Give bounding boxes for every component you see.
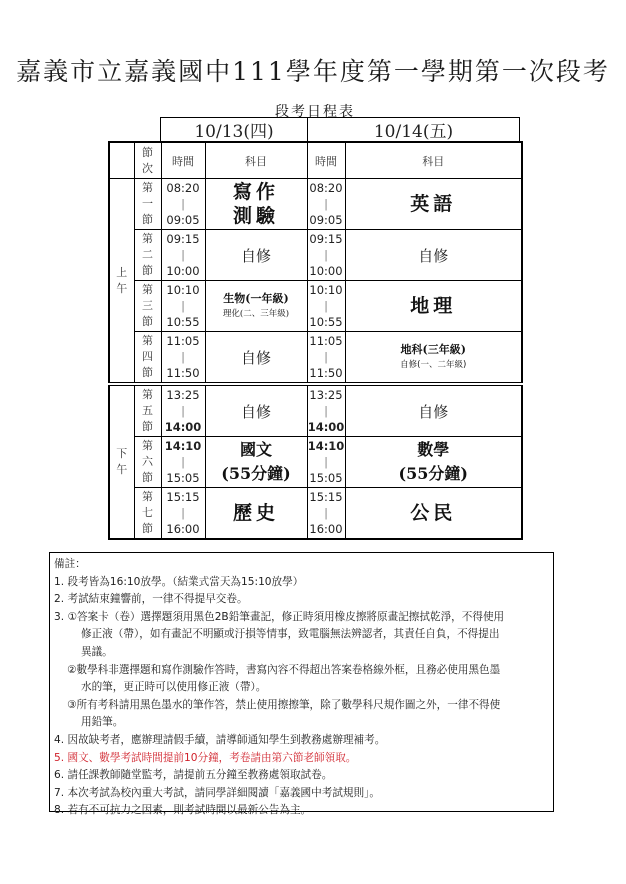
time-cell-day-2: 14:10|15:05 <box>307 437 345 488</box>
session-header <box>109 142 134 179</box>
date-day-1: 10/13(四) <box>161 118 308 141</box>
start-time: 09:15 <box>162 231 205 247</box>
subject-label: 生物(一年級) <box>206 291 307 307</box>
subject-cell-day-2: 地理 <box>345 281 522 332</box>
table-row: 上午第一節08:20|09:05寫作測驗08:20|09:05英語 <box>109 179 522 230</box>
time-cell-day-1: 13:25|14:00 <box>161 384 205 437</box>
subject-cell-day-1: 生物(一年級)理化(二、三年級) <box>205 281 307 332</box>
start-time: 11:05 <box>162 333 205 349</box>
start-time: 15:15 <box>308 489 345 505</box>
period-label: 第五節 <box>134 384 161 437</box>
end-time: 11:50 <box>162 365 205 381</box>
subject-header-day-2: 科目 <box>345 142 522 179</box>
time-cell-day-1: 09:15|10:00 <box>161 230 205 281</box>
table-row: 第四節11:05|11:50自修11:05|11:50地科(三年級)自修(一、二… <box>109 332 522 385</box>
subject-label: 自修 <box>206 245 307 266</box>
subject-label: 自修 <box>346 401 522 422</box>
subject-label: 國文 <box>206 438 307 462</box>
table-header-row: 節次 時間 科目 時間 科目 <box>109 142 522 179</box>
notes-heading: 備註： <box>54 556 549 574</box>
subject-label: 自修 <box>346 245 522 266</box>
end-time: 16:00 <box>308 521 345 537</box>
end-time: 09:05 <box>308 212 345 228</box>
subject-cell-day-2: 自修 <box>345 230 522 281</box>
start-time: 14:10 <box>162 438 205 454</box>
note-line: 修正液（帶），如有畫記不明顯或汙損等情事，致電腦無法辨認者，其責任自負，不得提出 <box>54 626 549 644</box>
time-separator: | <box>308 196 345 212</box>
note-line: 7. 本次考試為校內重大考試，請同學詳細閱讀「嘉義國中考試規則」。 <box>54 785 549 803</box>
time-separator: | <box>308 247 345 263</box>
period-label: 第四節 <box>134 332 161 385</box>
start-time: 09:15 <box>308 231 345 247</box>
period-label: 第二節 <box>134 230 161 281</box>
start-time: 13:25 <box>308 387 345 403</box>
session-afternoon: 下午 <box>109 384 134 539</box>
subject-cell-day-1: 自修 <box>205 230 307 281</box>
subject-cell-day-2: 數學(55分鐘) <box>345 437 522 488</box>
notes-box: 備註： 1. 段考皆為16:10放學。（結業式當天為15:10放學）2. 考試結… <box>49 552 554 812</box>
subject-label: 地理 <box>346 294 522 318</box>
end-time: 11:50 <box>308 365 345 381</box>
subject-label: 自修 <box>206 347 307 368</box>
end-time: 14:00 <box>162 419 205 435</box>
end-time: 09:05 <box>162 212 205 228</box>
end-time: 10:00 <box>308 263 345 279</box>
time-header-day-2: 時間 <box>307 142 345 179</box>
note-line: 5. 國文、數學考試時間提前10分鐘，考卷請由第六節老師領取。 <box>54 750 549 768</box>
end-time: 10:55 <box>308 314 345 330</box>
subject-label: 測驗 <box>206 204 307 228</box>
subject-label: (55分鐘) <box>346 462 522 486</box>
subject-label: 英語 <box>346 192 522 216</box>
period-label: 第七節 <box>134 488 161 540</box>
subject-label: 地科(三年級) <box>346 342 522 358</box>
subject-cell-day-1: 國文(55分鐘) <box>205 437 307 488</box>
subject-cell-day-2: 自修 <box>345 384 522 437</box>
subject-cell-day-2: 地科(三年級)自修(一、二年級) <box>345 332 522 385</box>
note-line: 用鉛筆。 <box>54 714 549 732</box>
subject-cell-day-1: 寫作測驗 <box>205 179 307 230</box>
start-time: 11:05 <box>308 333 345 349</box>
start-time: 10:10 <box>162 282 205 298</box>
end-time: 15:05 <box>308 470 345 486</box>
subject-label: 歷史 <box>206 501 307 525</box>
start-time: 08:20 <box>162 180 205 196</box>
table-row: 第七節15:15|16:00歷史15:15|16:00公民 <box>109 488 522 540</box>
time-cell-day-2: 10:10|10:55 <box>307 281 345 332</box>
subject-label: 自修(一、二年級) <box>346 358 522 372</box>
time-cell-day-2: 11:05|11:50 <box>307 332 345 385</box>
note-line: 8. 若有不可抗力之因素，則考試時間以最新公告為主。 <box>54 802 549 820</box>
note-line: ③所有考科請用黑色墨水的筆作答，禁止使用擦擦筆，除了數學科尺規作圖之外，一律不得… <box>54 697 549 715</box>
subject-cell-day-1: 自修 <box>205 384 307 437</box>
start-time: 08:20 <box>308 180 345 196</box>
time-cell-day-2: 15:15|16:00 <box>307 488 345 540</box>
end-time: 14:00 <box>308 419 345 435</box>
end-time: 10:00 <box>162 263 205 279</box>
time-separator: | <box>308 454 345 470</box>
session-morning: 上午 <box>109 179 134 385</box>
time-separator: | <box>162 505 205 521</box>
subject-label: 理化(二、三年級) <box>206 307 307 321</box>
time-cell-day-1: 08:20|09:05 <box>161 179 205 230</box>
note-line: 水的筆，更正時可以使用修正液（帶）。 <box>54 679 549 697</box>
time-separator: | <box>162 298 205 314</box>
period-header: 節次 <box>134 142 161 179</box>
time-separator: | <box>308 349 345 365</box>
subject-header-day-1: 科目 <box>205 142 307 179</box>
table-row: 第三節10:10|10:55生物(一年級)理化(二、三年級)10:10|10:5… <box>109 281 522 332</box>
period-label: 第六節 <box>134 437 161 488</box>
time-separator: | <box>308 403 345 419</box>
note-line: 1. 段考皆為16:10放學。（結業式當天為15:10放學） <box>54 574 549 592</box>
subject-label: 公民 <box>346 501 522 525</box>
time-cell-day-2: 09:15|10:00 <box>307 230 345 281</box>
start-time: 13:25 <box>162 387 205 403</box>
time-separator: | <box>308 298 345 314</box>
time-cell-day-1: 10:10|10:55 <box>161 281 205 332</box>
time-cell-day-1: 15:15|16:00 <box>161 488 205 540</box>
exam-schedule-table: 節次 時間 科目 時間 科目 上午第一節08:20|09:05寫作測驗08:20… <box>108 141 523 540</box>
page-title: 嘉義市立嘉義國中111學年度第一學期第一次段考 <box>0 52 626 88</box>
subject-cell-day-2: 英語 <box>345 179 522 230</box>
time-header-day-1: 時間 <box>161 142 205 179</box>
time-separator: | <box>308 505 345 521</box>
note-line: 4. 因故缺考者，應辦理請假手續，請導師通知學生到教務處辦理補考。 <box>54 732 549 750</box>
time-separator: | <box>162 349 205 365</box>
end-time: 15:05 <box>162 470 205 486</box>
subject-cell-day-1: 歷史 <box>205 488 307 540</box>
time-cell-day-2: 13:25|14:00 <box>307 384 345 437</box>
note-line: 2. 考試結束鐘響前，一律不得提早交卷。 <box>54 591 549 609</box>
table-row: 第六節14:10|15:05國文(55分鐘)14:10|15:05數學(55分鐘… <box>109 437 522 488</box>
note-line: 6. 請任課教師隨堂監考，請提前五分鐘至教務處領取試卷。 <box>54 767 549 785</box>
note-line: 3. ①答案卡（卷）選擇題須用黑色2B鉛筆畫記，修正時須用橡皮擦將原畫記擦拭乾淨… <box>54 609 549 627</box>
table-row: 第二節09:15|10:00自修09:15|10:00自修 <box>109 230 522 281</box>
period-label: 第一節 <box>134 179 161 230</box>
subject-cell-day-2: 公民 <box>345 488 522 540</box>
start-time: 14:10 <box>308 438 345 454</box>
date-header-row: 10/13(四) 10/14(五) <box>160 117 520 141</box>
subject-label: 數學 <box>346 438 522 462</box>
time-separator: | <box>162 196 205 212</box>
period-label: 第三節 <box>134 281 161 332</box>
note-line: 異議。 <box>54 644 549 662</box>
time-cell-day-1: 11:05|11:50 <box>161 332 205 385</box>
notes-list: 1. 段考皆為16:10放學。（結業式當天為15:10放學）2. 考試結束鐘響前… <box>54 574 549 820</box>
date-day-2: 10/14(五) <box>308 118 519 141</box>
subject-label: 寫作 <box>206 180 307 204</box>
note-line: ②數學科非選擇題和寫作測驗作答時，書寫內容不得超出答案卷格線外框，且務必使用黑色… <box>54 662 549 680</box>
subject-label: (55分鐘) <box>206 462 307 486</box>
end-time: 16:00 <box>162 521 205 537</box>
subject-cell-day-1: 自修 <box>205 332 307 385</box>
end-time: 10:55 <box>162 314 205 330</box>
time-cell-day-1: 14:10|15:05 <box>161 437 205 488</box>
start-time: 10:10 <box>308 282 345 298</box>
start-time: 15:15 <box>162 489 205 505</box>
time-separator: | <box>162 247 205 263</box>
time-cell-day-2: 08:20|09:05 <box>307 179 345 230</box>
subject-label: 自修 <box>206 401 307 422</box>
time-separator: | <box>162 403 205 419</box>
time-separator: | <box>162 454 205 470</box>
table-row: 下午第五節13:25|14:00自修13:25|14:00自修 <box>109 384 522 437</box>
